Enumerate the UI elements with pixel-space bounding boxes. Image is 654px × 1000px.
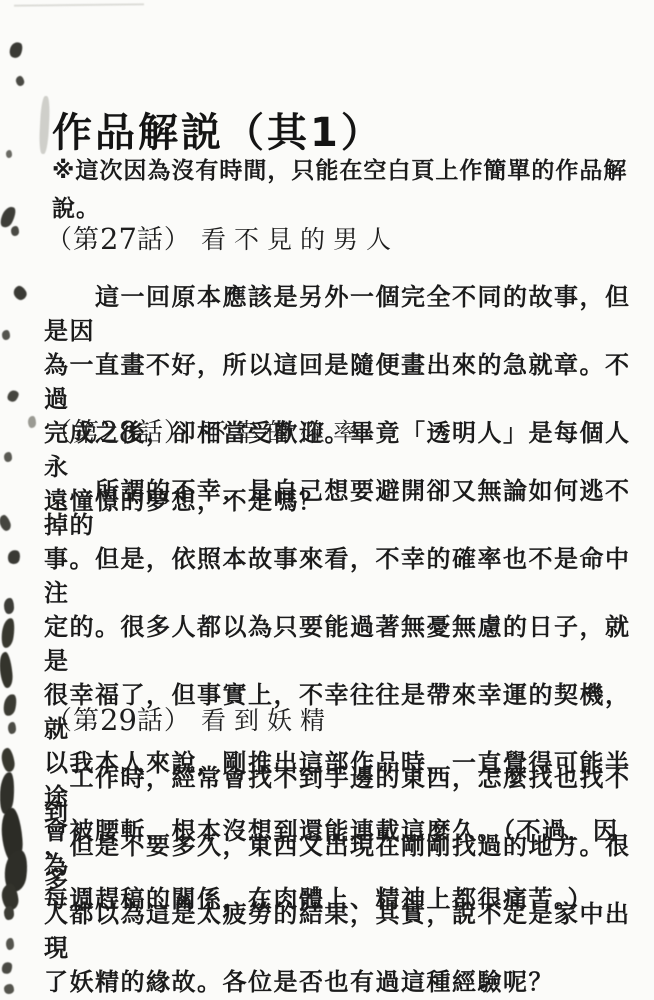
ink-speck: [4, 906, 14, 920]
ink-speck: [2, 330, 10, 340]
ink-smudge: [0, 617, 16, 648]
ink-speck: [15, 75, 25, 87]
ink-speck: [8, 40, 25, 59]
ink-speck: [6, 549, 21, 566]
ink-smudge: [0, 747, 16, 773]
ink-speck: [0, 204, 18, 229]
episode-28-heading: （第28話）不幸的確率: [46, 412, 366, 449]
ink-smudge: [0, 772, 15, 815]
ink-speck: [0, 961, 14, 976]
ink-speck: [8, 722, 16, 734]
episode-label-suffix: 話）: [137, 418, 191, 448]
episode-label-prefix: （第: [46, 706, 100, 736]
scanned-book-page: 作品解説（其1） ※這次因為沒有時間，只能在空白頁上作簡單的作品解 說。 （第2…: [0, 0, 654, 1000]
scan-line-artifact: [14, 3, 144, 6]
episode-number: 28: [100, 415, 137, 449]
ink-speck: [28, 416, 36, 428]
ink-smudge: [3, 849, 30, 893]
ink-speck: [11, 284, 28, 302]
episode-label-prefix: （第: [46, 225, 100, 255]
author-note: ※這次因為沒有時間，只能在空白頁上作簡單的作品解 說。: [52, 152, 630, 228]
episode-title: 不幸的確率: [201, 418, 366, 447]
episode-27-heading: （第27話）看不見的男人: [46, 219, 399, 256]
episode-title: 看不見的男人: [201, 225, 399, 254]
ink-speck: [4, 598, 14, 614]
episode-number: 29: [100, 703, 137, 737]
episode-29-commentary: 工作時，經常會找不到手邊的東西，怎麼找也找不到 ，但是不要多久，東西又出現在剛剛…: [44, 761, 632, 999]
ink-smudge: [0, 651, 14, 688]
ink-speck: [0, 514, 12, 532]
ink-smudge: [0, 807, 24, 863]
ink-speck: [5, 388, 20, 404]
ink-speck: [11, 226, 19, 236]
episode-29-heading: （第29話）看到妖精: [46, 700, 333, 737]
bleedthrough-mark: [38, 96, 50, 154]
ink-speck: [4, 452, 12, 462]
page-title: 作品解説（其1）: [52, 101, 384, 158]
episode-number: 27: [100, 222, 137, 256]
ink-speck: [6, 938, 14, 950]
episode-label-prefix: （第: [46, 418, 100, 448]
episode-title: 看到妖精: [201, 706, 333, 735]
episode-label-suffix: 話）: [137, 225, 191, 255]
ink-speck: [4, 984, 14, 994]
ink-speck: [6, 150, 12, 158]
ink-smudge: [0, 883, 19, 911]
ink-smudge: [2, 693, 18, 717]
episode-label-suffix: 話）: [137, 706, 191, 736]
